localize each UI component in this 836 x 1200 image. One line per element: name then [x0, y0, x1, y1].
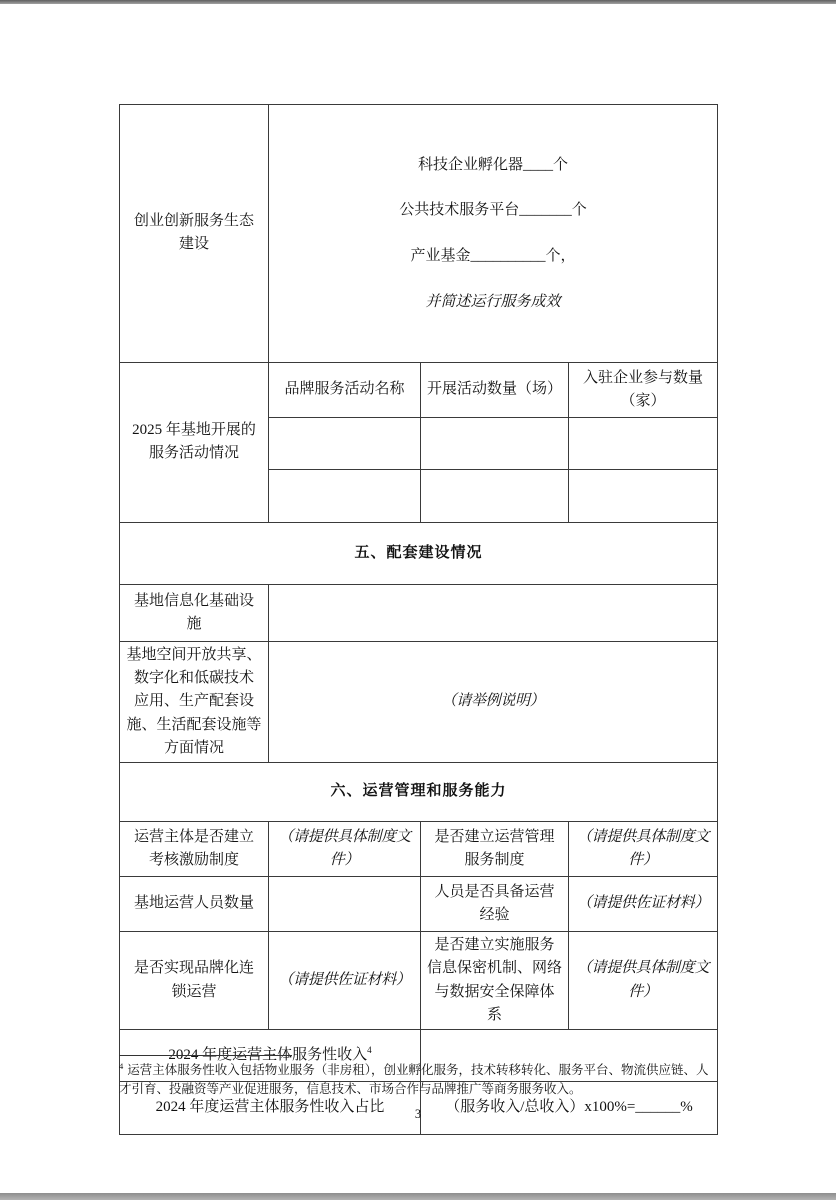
activity-1-name-cell[interactable]: [269, 417, 421, 469]
row-section-5: 五、配套建设情况: [120, 522, 718, 584]
cell-brand-chain-label: 是否实现品牌化连 锁运营: [120, 932, 269, 1030]
page-top-edge: [0, 0, 836, 4]
row-section-6: 六、运营管理和服务能力: [120, 763, 718, 822]
row-space-sharing: 基地空间开放共享、 数字化和低碳技术 应用、生产配套设 施、生活配套设施等 方面…: [120, 641, 718, 762]
activities-header-name: 品牌服务活动名称: [269, 362, 421, 417]
activity-1-participants-cell[interactable]: [569, 417, 718, 469]
row-info-infrastructure: 基地信息化基础设 施: [120, 584, 718, 641]
cell-activities-label: 2025 年基地开展的 服务活动情况: [120, 362, 269, 522]
cell-eco-label: 创业创新服务生态 建设: [120, 105, 269, 363]
application-form-table: 创业创新服务生态 建设 科技企业孵化器____个 公共技术服务平台_______…: [119, 104, 718, 1135]
section-6-title: 六、运营管理和服务能力: [120, 763, 718, 822]
section-5-title: 五、配套建设情况: [120, 522, 718, 584]
cell-brand-chain-hint[interactable]: （请提供佐证材料）: [269, 932, 421, 1030]
eco-line-funds: 产业基金__________个，: [273, 245, 713, 268]
activity-2-name-cell[interactable]: [269, 469, 421, 522]
cell-staff-count-label: 基地运营人员数量: [120, 877, 269, 932]
cell-staff-count-value[interactable]: [269, 877, 421, 932]
cell-incentive-hint[interactable]: （请提供具体制度文 件）: [269, 822, 421, 877]
cell-space-value[interactable]: （请举例说明）: [269, 641, 718, 762]
footnote-separator: [119, 1055, 292, 1056]
eco-line-incubators: 科技企业孵化器____个: [273, 154, 713, 177]
cell-incentive-label: 运营主体是否建立 考核激励制度: [120, 822, 269, 877]
activities-header-count: 开展活动数量（场）: [421, 362, 569, 417]
cell-info-infra-label: 基地信息化基础设 施: [120, 584, 269, 641]
activity-2-participants-cell[interactable]: [569, 469, 718, 522]
page-bottom-edge: [0, 1193, 836, 1200]
cell-security-system-hint[interactable]: （请提供具体制度文 件）: [569, 932, 718, 1030]
footnote-ref-4: 4: [367, 1045, 372, 1055]
cell-eco-value[interactable]: 科技企业孵化器____个 公共技术服务平台_______个 产业基金______…: [269, 105, 718, 363]
cell-mgmt-system-hint[interactable]: （请提供具体制度文 件）: [569, 822, 718, 877]
row-eco-services: 创业创新服务生态 建设 科技企业孵化器____个 公共技术服务平台_______…: [120, 105, 718, 363]
eco-line-platforms: 公共技术服务平台_______个: [273, 199, 713, 222]
page-number: 3: [0, 1107, 836, 1122]
eco-note: 并简述运行服务成效: [273, 291, 713, 314]
cell-info-infra-value[interactable]: [269, 584, 718, 641]
activities-header-participants: 入驻企业参与数量 （家）: [569, 362, 718, 417]
activity-2-count-cell[interactable]: [421, 469, 569, 522]
cell-security-system-label: 是否建立实施服务 信息保密机制、网络 与数据安全保障体 系: [421, 932, 569, 1030]
cell-staff-experience-hint[interactable]: （请提供佐证材料）: [569, 877, 718, 932]
cell-staff-experience-label: 人员是否具备运营 经验: [421, 877, 569, 932]
row-activities-header: 2025 年基地开展的 服务活动情况 品牌服务活动名称 开展活动数量（场） 入驻…: [120, 362, 718, 417]
row-staff-count: 基地运营人员数量 人员是否具备运营 经验 （请提供佐证材料）: [120, 877, 718, 932]
row-incentive-system: 运营主体是否建立 考核激励制度 （请提供具体制度文 件） 是否建立运营管理 服务…: [120, 822, 718, 877]
footnote: 4运营主体服务性收入包括物业服务（非房租），创业孵化服务，技术转移转化、服务平台…: [119, 1061, 719, 1100]
cell-space-label: 基地空间开放共享、 数字化和低碳技术 应用、生产配套设 施、生活配套设施等 方面…: [120, 641, 269, 762]
cell-mgmt-system-label: 是否建立运营管理 服务制度: [421, 822, 569, 877]
footnote-marker: 4: [119, 1061, 123, 1071]
eco-fill-lines: 科技企业孵化器____个 公共技术服务平台_______个 产业基金______…: [273, 130, 713, 336]
activity-1-count-cell[interactable]: [421, 417, 569, 469]
row-brand-chain: 是否实现品牌化连 锁运营 （请提供佐证材料） 是否建立实施服务 信息保密机制、网…: [120, 932, 718, 1030]
footnote-text: 运营主体服务性收入包括物业服务（非房租），创业孵化服务，技术转移转化、服务平台、…: [119, 1063, 709, 1096]
